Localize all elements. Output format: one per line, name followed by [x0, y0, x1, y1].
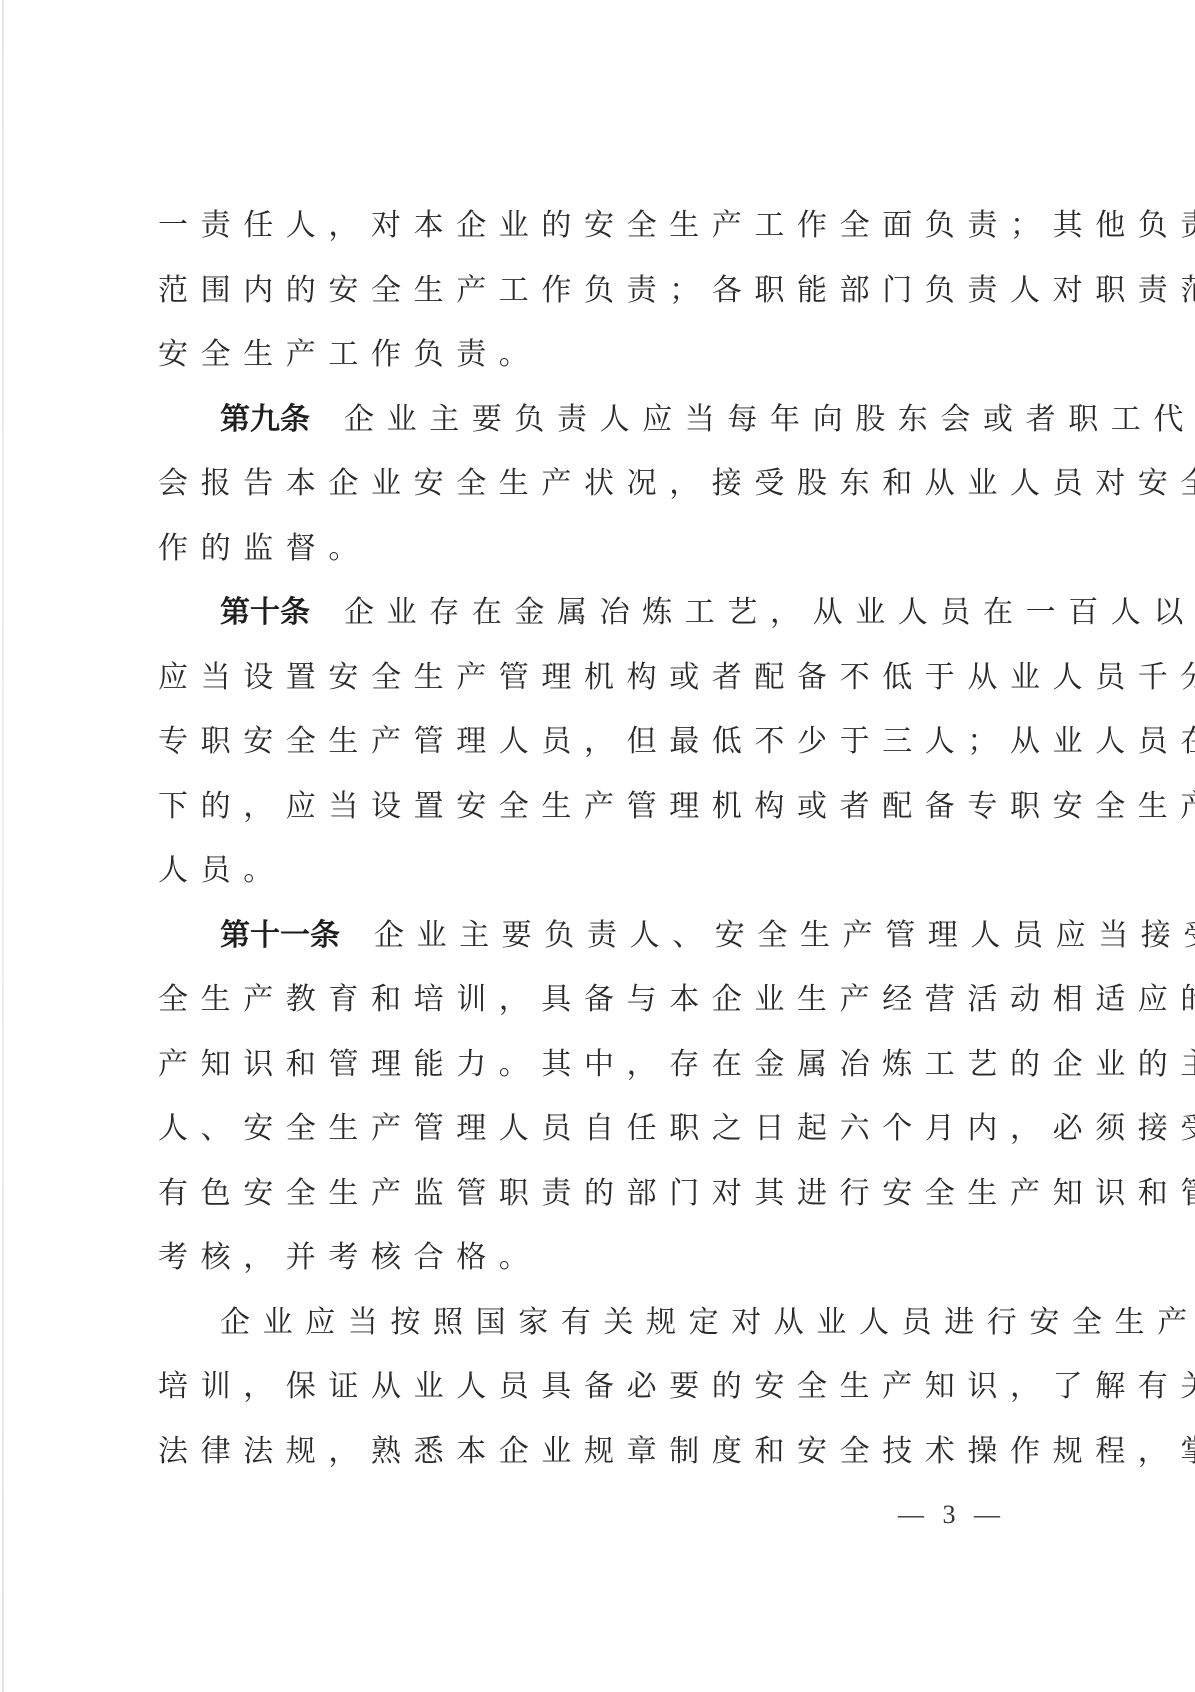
body-line: 专职安全生产管理人员，但最低不少于三人；从业人员在一百人以 [158, 720, 1034, 785]
body-line: 考核，并考核合格。 [158, 1236, 1034, 1301]
body-line: 下的，应当设置安全生产管理机构或者配备专职安全生产管理 [158, 785, 1034, 850]
body-line: 作的监督。 [158, 527, 1034, 592]
article-10-first-line: 第十条企业存在金属冶炼工艺，从业人员在一百人以上的， [158, 591, 1034, 656]
page-number: — 3 — [898, 1500, 1006, 1530]
article-number: 第十条 [220, 595, 310, 630]
article-text: 企业存在金属冶炼工艺，从业人员在一百人以上的， [344, 595, 1195, 630]
article-number: 第九条 [220, 402, 310, 437]
article-text: 企业主要负责人应当每年向股东会或者职工代表大 [344, 402, 1195, 437]
body-line: 人员。 [158, 849, 1034, 914]
body-line: 有色安全生产监管职责的部门对其进行安全生产知识和管理能力 [158, 1172, 1034, 1237]
body-line: 范围内的安全生产工作负责；各职能部门负责人对职责范围内的 [158, 269, 1034, 334]
body-line: 安全生产工作负责。 [158, 333, 1034, 398]
body-line: 产知识和管理能力。其中，存在金属冶炼工艺的企业的主要负责 [158, 1043, 1034, 1108]
body-line: 法律法规，熟悉本企业规章制度和安全技术操作规程，掌握本岗位 [158, 1430, 1034, 1495]
body-line: 全生产教育和培训，具备与本企业生产经营活动相适应的安全生 [158, 978, 1034, 1043]
body-line: 培训，保证从业人员具备必要的安全生产知识，了解有关安全生产 [158, 1365, 1034, 1430]
article-11-first-line: 第十一条企业主要负责人、安全生产管理人员应当接受安 [158, 914, 1034, 979]
paragraph-first-line: 企业应当按照国家有关规定对从业人员进行安全生产教育和 [158, 1301, 1034, 1366]
article-text: 企业主要负责人、安全生产管理人员应当接受安 [374, 918, 1195, 953]
body-line: 人、安全生产管理人员自任职之日起六个月内，必须接受负有冶金 [158, 1107, 1034, 1172]
article-number: 第十一条 [220, 918, 340, 953]
document-body: 一责任人，对本企业的安全生产工作全面负责；其他负责人对分管 范围内的安全生产工作… [158, 204, 1034, 1494]
body-line: 会报告本企业安全生产状况，接受股东和从业人员对安全生产工 [158, 462, 1034, 527]
article-9-first-line: 第九条企业主要负责人应当每年向股东会或者职工代表大 [158, 398, 1034, 463]
body-line: 应当设置安全生产管理机构或者配备不低于从业人员千分之三的 [158, 656, 1034, 721]
scan-edge-shadow [2, 0, 4, 1692]
body-line: 一责任人，对本企业的安全生产工作全面负责；其他负责人对分管 [158, 204, 1034, 269]
